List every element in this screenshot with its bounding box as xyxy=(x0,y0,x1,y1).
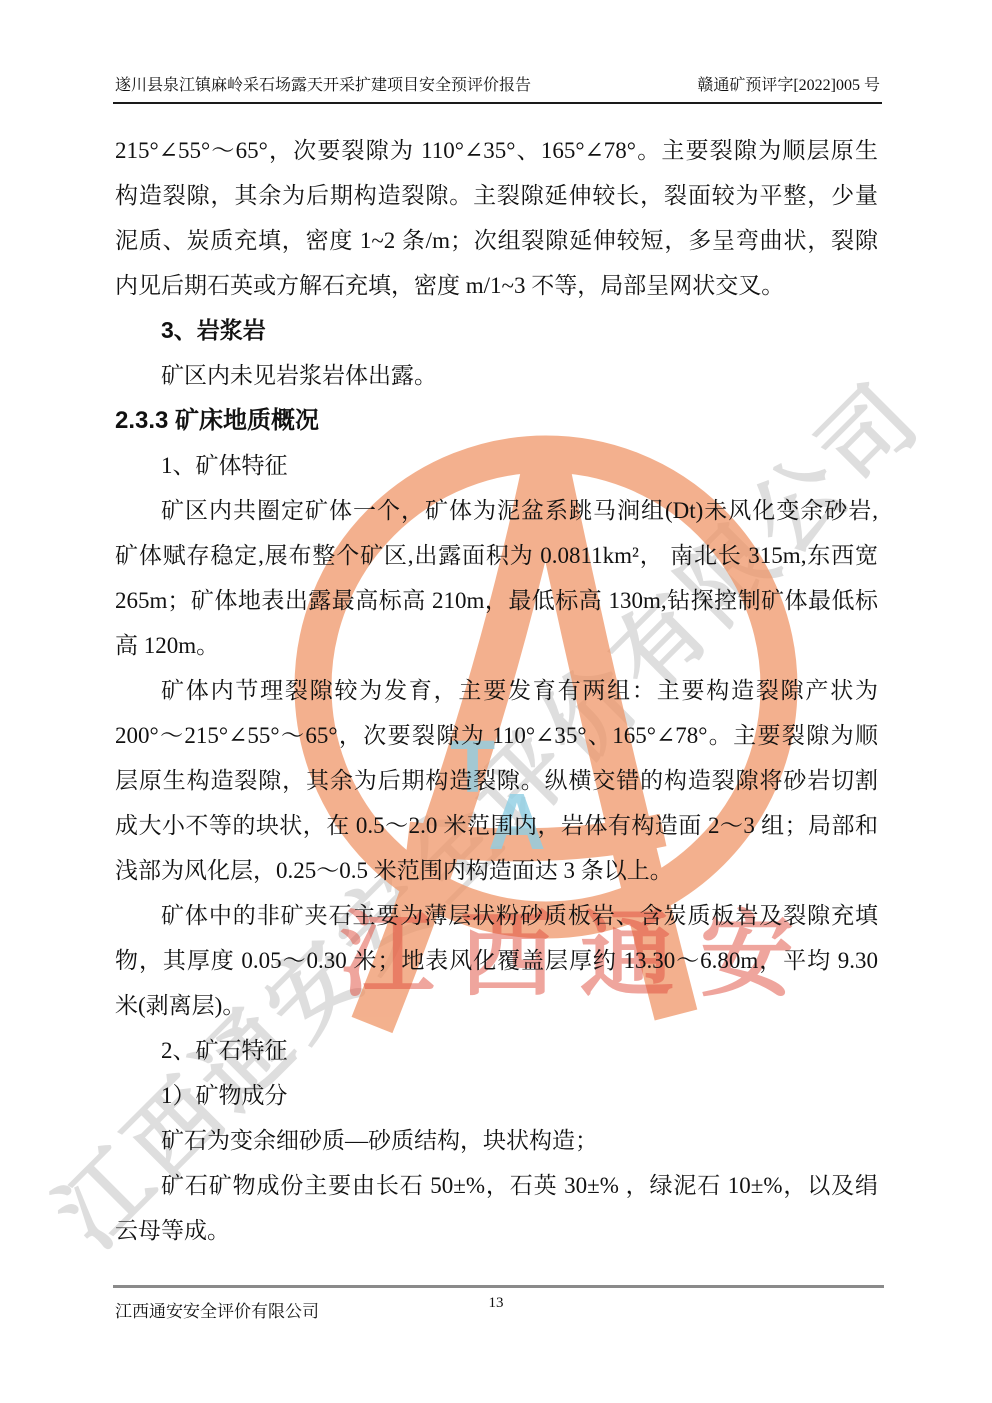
document-page: 江西通安安全评价有限公司 T A 江西通安 遂川县泉江镇麻岭采石场露天开采扩建项… xyxy=(0,0,992,1403)
text-line: 矿区内未见岩浆岩体出露。 xyxy=(115,353,878,398)
text-line: 浅部为风化层，0.25～0.5 米范围内构造面达 3 条以上。 xyxy=(115,848,878,893)
text-line: 内见后期石英或方解石充填，密度 m/1~3 不等，局部呈网状交叉。 xyxy=(115,263,878,308)
text-line: 高 120m。 xyxy=(115,623,878,668)
header-report-title: 遂川县泉江镇麻岭采石场露天开采扩建项目安全预评价报告 xyxy=(115,72,531,95)
text-line: 泥质、炭质充填，密度 1~2 条/m；次组裂隙延伸较短，多呈弯曲状，裂隙 xyxy=(115,218,878,263)
text-line: 1）矿物成分 xyxy=(115,1073,878,1118)
text-line: 矿石为变余细砂质—砂质结构，块状构造； xyxy=(115,1118,878,1163)
text-line: 矿体赋存稳定,展布整个矿区,出露面积为 0.0811km²， 南北长 315m,… xyxy=(115,533,878,578)
text-line: 米(剥离层)。 xyxy=(115,983,878,1028)
text-line: 物，其厚度 0.05～0.30 米；地表风化覆盖层厚约 13.30～6.80m，… xyxy=(115,938,878,983)
text-line: 构造裂隙，其余为后期构造裂隙。主裂隙延伸较长，裂面较为平整，少量 xyxy=(115,173,878,218)
text-line: 矿石矿物成份主要由长石 50±%，石英 30±% ，绿泥石 10±%，以及绢 xyxy=(115,1163,878,1208)
document-body: 215°∠55°～65°，次要裂隙为 110°∠35°、165°∠78°。主要裂… xyxy=(115,128,878,1253)
page-number: 13 xyxy=(0,1295,992,1312)
header-document-number: 赣通矿预评字[2022]005 号 xyxy=(697,72,880,95)
text-line: 1、矿体特征 xyxy=(115,443,878,488)
text-line: 2.3.3 矿床地质概况 xyxy=(115,398,878,443)
text-line: 云母等成。 xyxy=(115,1208,878,1253)
footer-rule xyxy=(113,1285,884,1288)
text-line: 2、矿石特征 xyxy=(115,1028,878,1073)
header-rule xyxy=(113,102,882,104)
text-line: 矿体中的非矿夹石主要为薄层状粉砂质板岩、含炭质板岩及裂隙充填 xyxy=(115,893,878,938)
text-line: 215°∠55°～65°，次要裂隙为 110°∠35°、165°∠78°。主要裂… xyxy=(115,128,878,173)
text-line: 矿体内节理裂隙较为发育，主要发育有两组：主要构造裂隙产状为 xyxy=(115,668,878,713)
text-line: 成大小不等的块状，在 0.5～2.0 米范围内，岩体有构造面 2～3 组；局部和 xyxy=(115,803,878,848)
text-line: 3、岩浆岩 xyxy=(115,308,878,353)
text-line: 矿区内共圈定矿体一个，矿体为泥盆系跳马涧组(Dt)未风化变余砂岩, xyxy=(115,488,878,533)
text-line: 200°～215°∠55°～65°，次要裂隙为 110°∠35°、165°∠78… xyxy=(115,713,878,758)
text-line: 层原生构造裂隙，其余为后期构造裂隙。纵横交错的构造裂隙将砂岩切割 xyxy=(115,758,878,803)
text-line: 265m；矿体地表出露最高标高 210m，最低标高 130m,钻探控制矿体最低标 xyxy=(115,578,878,623)
